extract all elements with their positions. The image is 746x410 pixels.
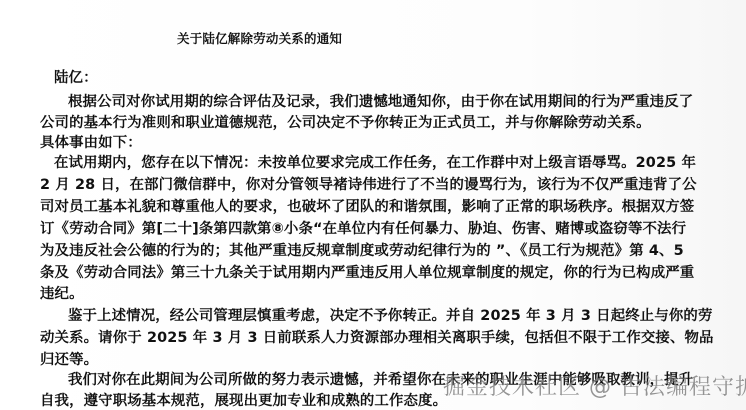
salutation: 陆亿： (54, 68, 634, 88)
paragraph-line: 2 月 28 日，在部门微信群中，你对分管领导褚诗伟进行了不当的谩骂行为，该行为… (40, 175, 620, 195)
paragraph-line: 鉴于上述情况，经公司管理层慎重考虑，决定不予你转正。并自 2025 年 3 月 … (68, 306, 648, 326)
document-title: 关于陆亿解除劳动关系的通知 (177, 29, 342, 47)
section-heading: 具体事由如下： (40, 133, 620, 153)
paragraph-line: 订《劳动合同》第[二十]条第四款第⑧小条“在单位内有任何暴力、胁迫、伤害、赌博或… (40, 219, 620, 239)
document-page: 关于陆亿解除劳动关系的通知 陆亿： 根据公司对你试用期的综合评估及记录，我们遗憾… (0, 0, 746, 410)
paragraph-line: 动关系。请你于 2025 年 3 月 3 日前联系人力资源部办理相关离职手续，包… (40, 328, 620, 348)
paragraph-line: 根据公司对你试用期的综合评估及记录，我们遗憾地通知你，由于你在试用期间的行为严重… (68, 92, 648, 112)
paragraph-line: 在试用期内，您存在以下情况：未按单位要求完成工作任务，在工作群中对上级言语辱骂。… (54, 153, 634, 173)
paragraph-line: 为及违反社会公德的行为的；其他严重违反规章制度或劳动纪律行为的 ”、《员工行为规… (40, 241, 620, 261)
watermark: 掘金技术社区 @ 古法编程守护者 (443, 370, 746, 401)
paragraph-line: 条及《劳动合同法》第三十九条关于试用期内严重违反用人单位规章制度的规定，你的行为… (40, 263, 620, 283)
paragraph-line: 司对员工基本礼貌和尊重他人的要求，也破坏了团队的和谐氛围，影响了正常的职场秩序。… (40, 197, 620, 217)
paragraph-line: 违纪。 (40, 284, 620, 304)
paragraph-line: 公司的基本行为准则和职业道德规范，公司决定不予你转正为正式员工，并与你解除劳动关… (40, 113, 620, 133)
paragraph-line: 归还等。 (40, 350, 620, 370)
